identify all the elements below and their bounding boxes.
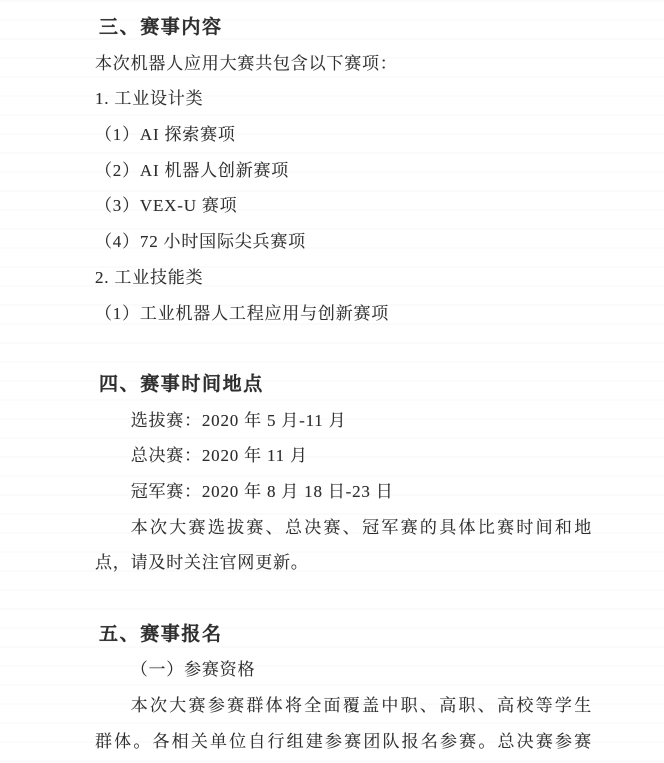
text-line: 本次机器人应用大赛共包含以下赛项： bbox=[95, 46, 592, 82]
text-line: （一）参赛资格 bbox=[95, 652, 592, 688]
text-line: 选拔赛：2020 年 5 月-11 月 bbox=[95, 403, 592, 439]
text-line: （1）工业机器人工程应用与创新赛项 bbox=[95, 296, 592, 332]
text-line: （2）AI 机器人创新赛项 bbox=[95, 153, 592, 189]
text-line: 冠军赛：2020 年 8 月 18 日-23 日 bbox=[95, 474, 592, 510]
section-time-location: 四、赛事时间地点 选拔赛：2020 年 5 月-11 月 总决赛：2020 年 … bbox=[95, 367, 592, 581]
text-line: 总决赛：2020 年 11 月 bbox=[95, 438, 592, 474]
section-registration: 五、赛事报名 （一）参赛资格 本次大赛参赛群体将全面覆盖中职、高职、高校等学生 … bbox=[95, 617, 592, 760]
document-page: 三、赛事内容 本次机器人应用大赛共包含以下赛项： 1. 工业设计类 （1）AI … bbox=[0, 0, 664, 763]
text-line: 2. 工业技能类 bbox=[95, 260, 592, 296]
text-line: （4）72 小时国际尖兵赛项 bbox=[95, 224, 592, 260]
section-heading: 四、赛事时间地点 bbox=[95, 367, 592, 403]
text-line: 群体。各相关单位自行组建参赛团队报名参赛。总决赛参赛 bbox=[95, 724, 592, 760]
text-line: 本次大赛选拔赛、总决赛、冠军赛的具体比赛时间和地 bbox=[95, 510, 592, 546]
text-line: （1）AI 探索赛项 bbox=[95, 117, 592, 153]
text-line: 点，请及时关注官网更新。 bbox=[95, 545, 592, 581]
text-line: 本次大赛参赛群体将全面覆盖中职、高职、高校等学生 bbox=[95, 688, 592, 724]
text-line: （3）VEX-U 赛项 bbox=[95, 188, 592, 224]
section-competition-content: 三、赛事内容 本次机器人应用大赛共包含以下赛项： 1. 工业设计类 （1）AI … bbox=[95, 10, 592, 331]
text-line: 1. 工业设计类 bbox=[95, 81, 592, 117]
section-heading: 三、赛事内容 bbox=[95, 10, 592, 46]
section-heading: 五、赛事报名 bbox=[95, 617, 592, 653]
